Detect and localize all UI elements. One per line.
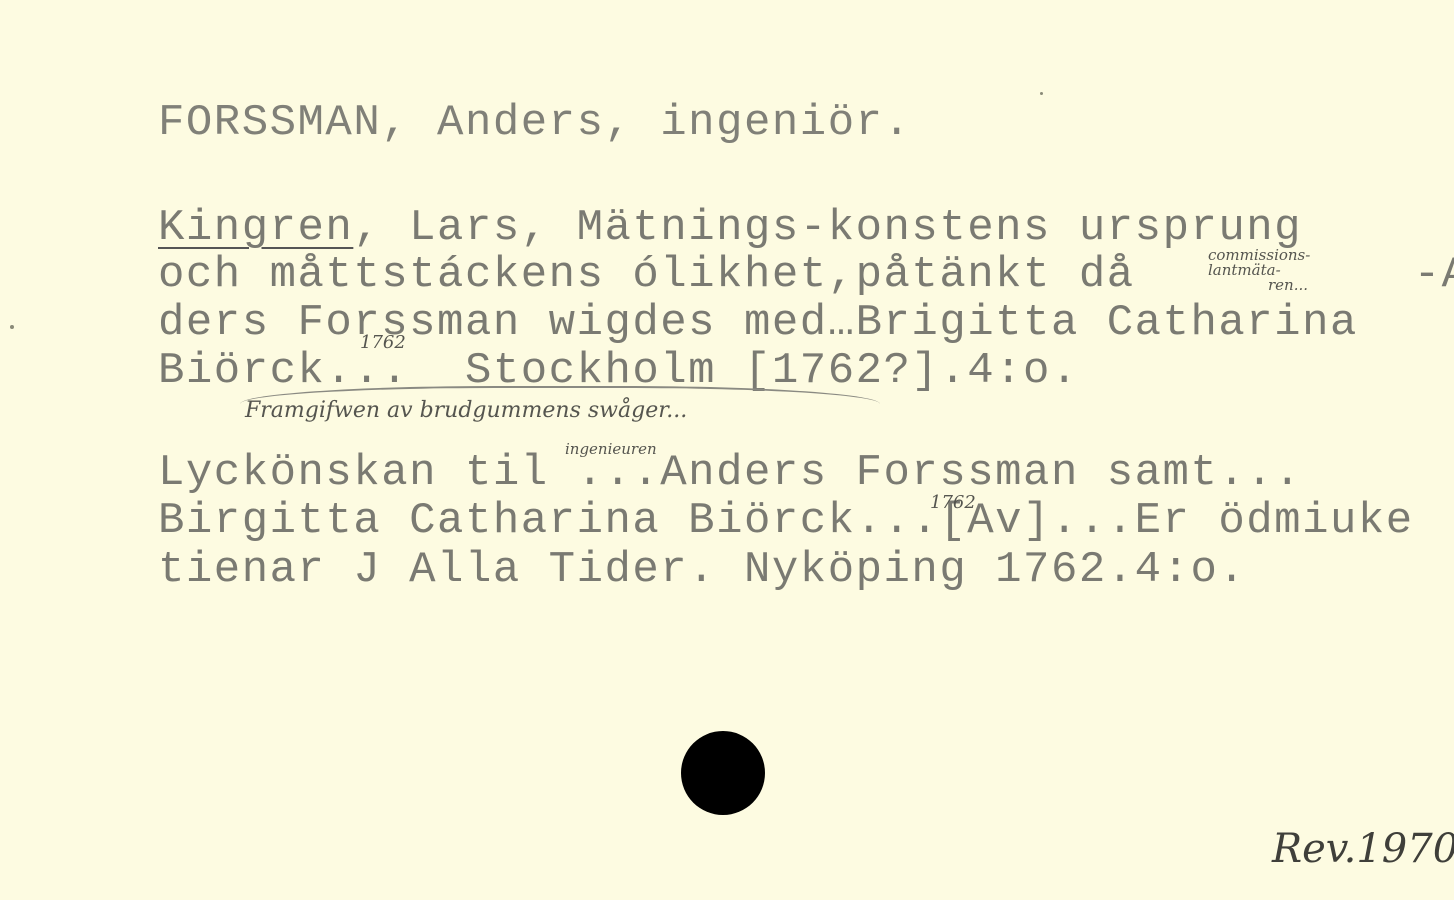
entry1-line3: ders Forssman wigdes med…Brigitta Cathar…: [158, 298, 1358, 348]
catalog-card: FORSSMAN, Anders, ingeniör. Kingren, Lar…: [0, 0, 1454, 900]
handwritten-ingenieuren: ingenieuren: [565, 440, 657, 458]
handwritten-brace-note: Framgifwen av brudgummens swåger...: [245, 398, 687, 423]
handwritten-year-2: 1762: [930, 492, 976, 513]
entry2-line1: Lyckönskan til ...Anders Forssman samt..…: [158, 448, 1302, 498]
entry2-line2: Birgitta Catharina Biörck...[Av]...Er öd…: [158, 496, 1414, 546]
paper-speck: [10, 325, 14, 329]
entry2-line3: tienar J Alla Tider. Nyköping 1762.4:o.: [158, 545, 1246, 595]
revision-note: Rev.1970: [1272, 826, 1454, 872]
handwritten-year-1: 1762: [360, 332, 406, 353]
card-heading: FORSSMAN, Anders, ingeniör.: [158, 98, 911, 148]
punch-hole: [681, 731, 765, 815]
paper-speck: [1040, 92, 1043, 95]
handwritten-commission-note: commissions- lantmäta- ren...: [1208, 248, 1310, 293]
entry1-line1: Kingren, Lars, Mätnings-konstens ursprun…: [158, 203, 1302, 253]
entry1-author: Kingren: [158, 203, 353, 253]
